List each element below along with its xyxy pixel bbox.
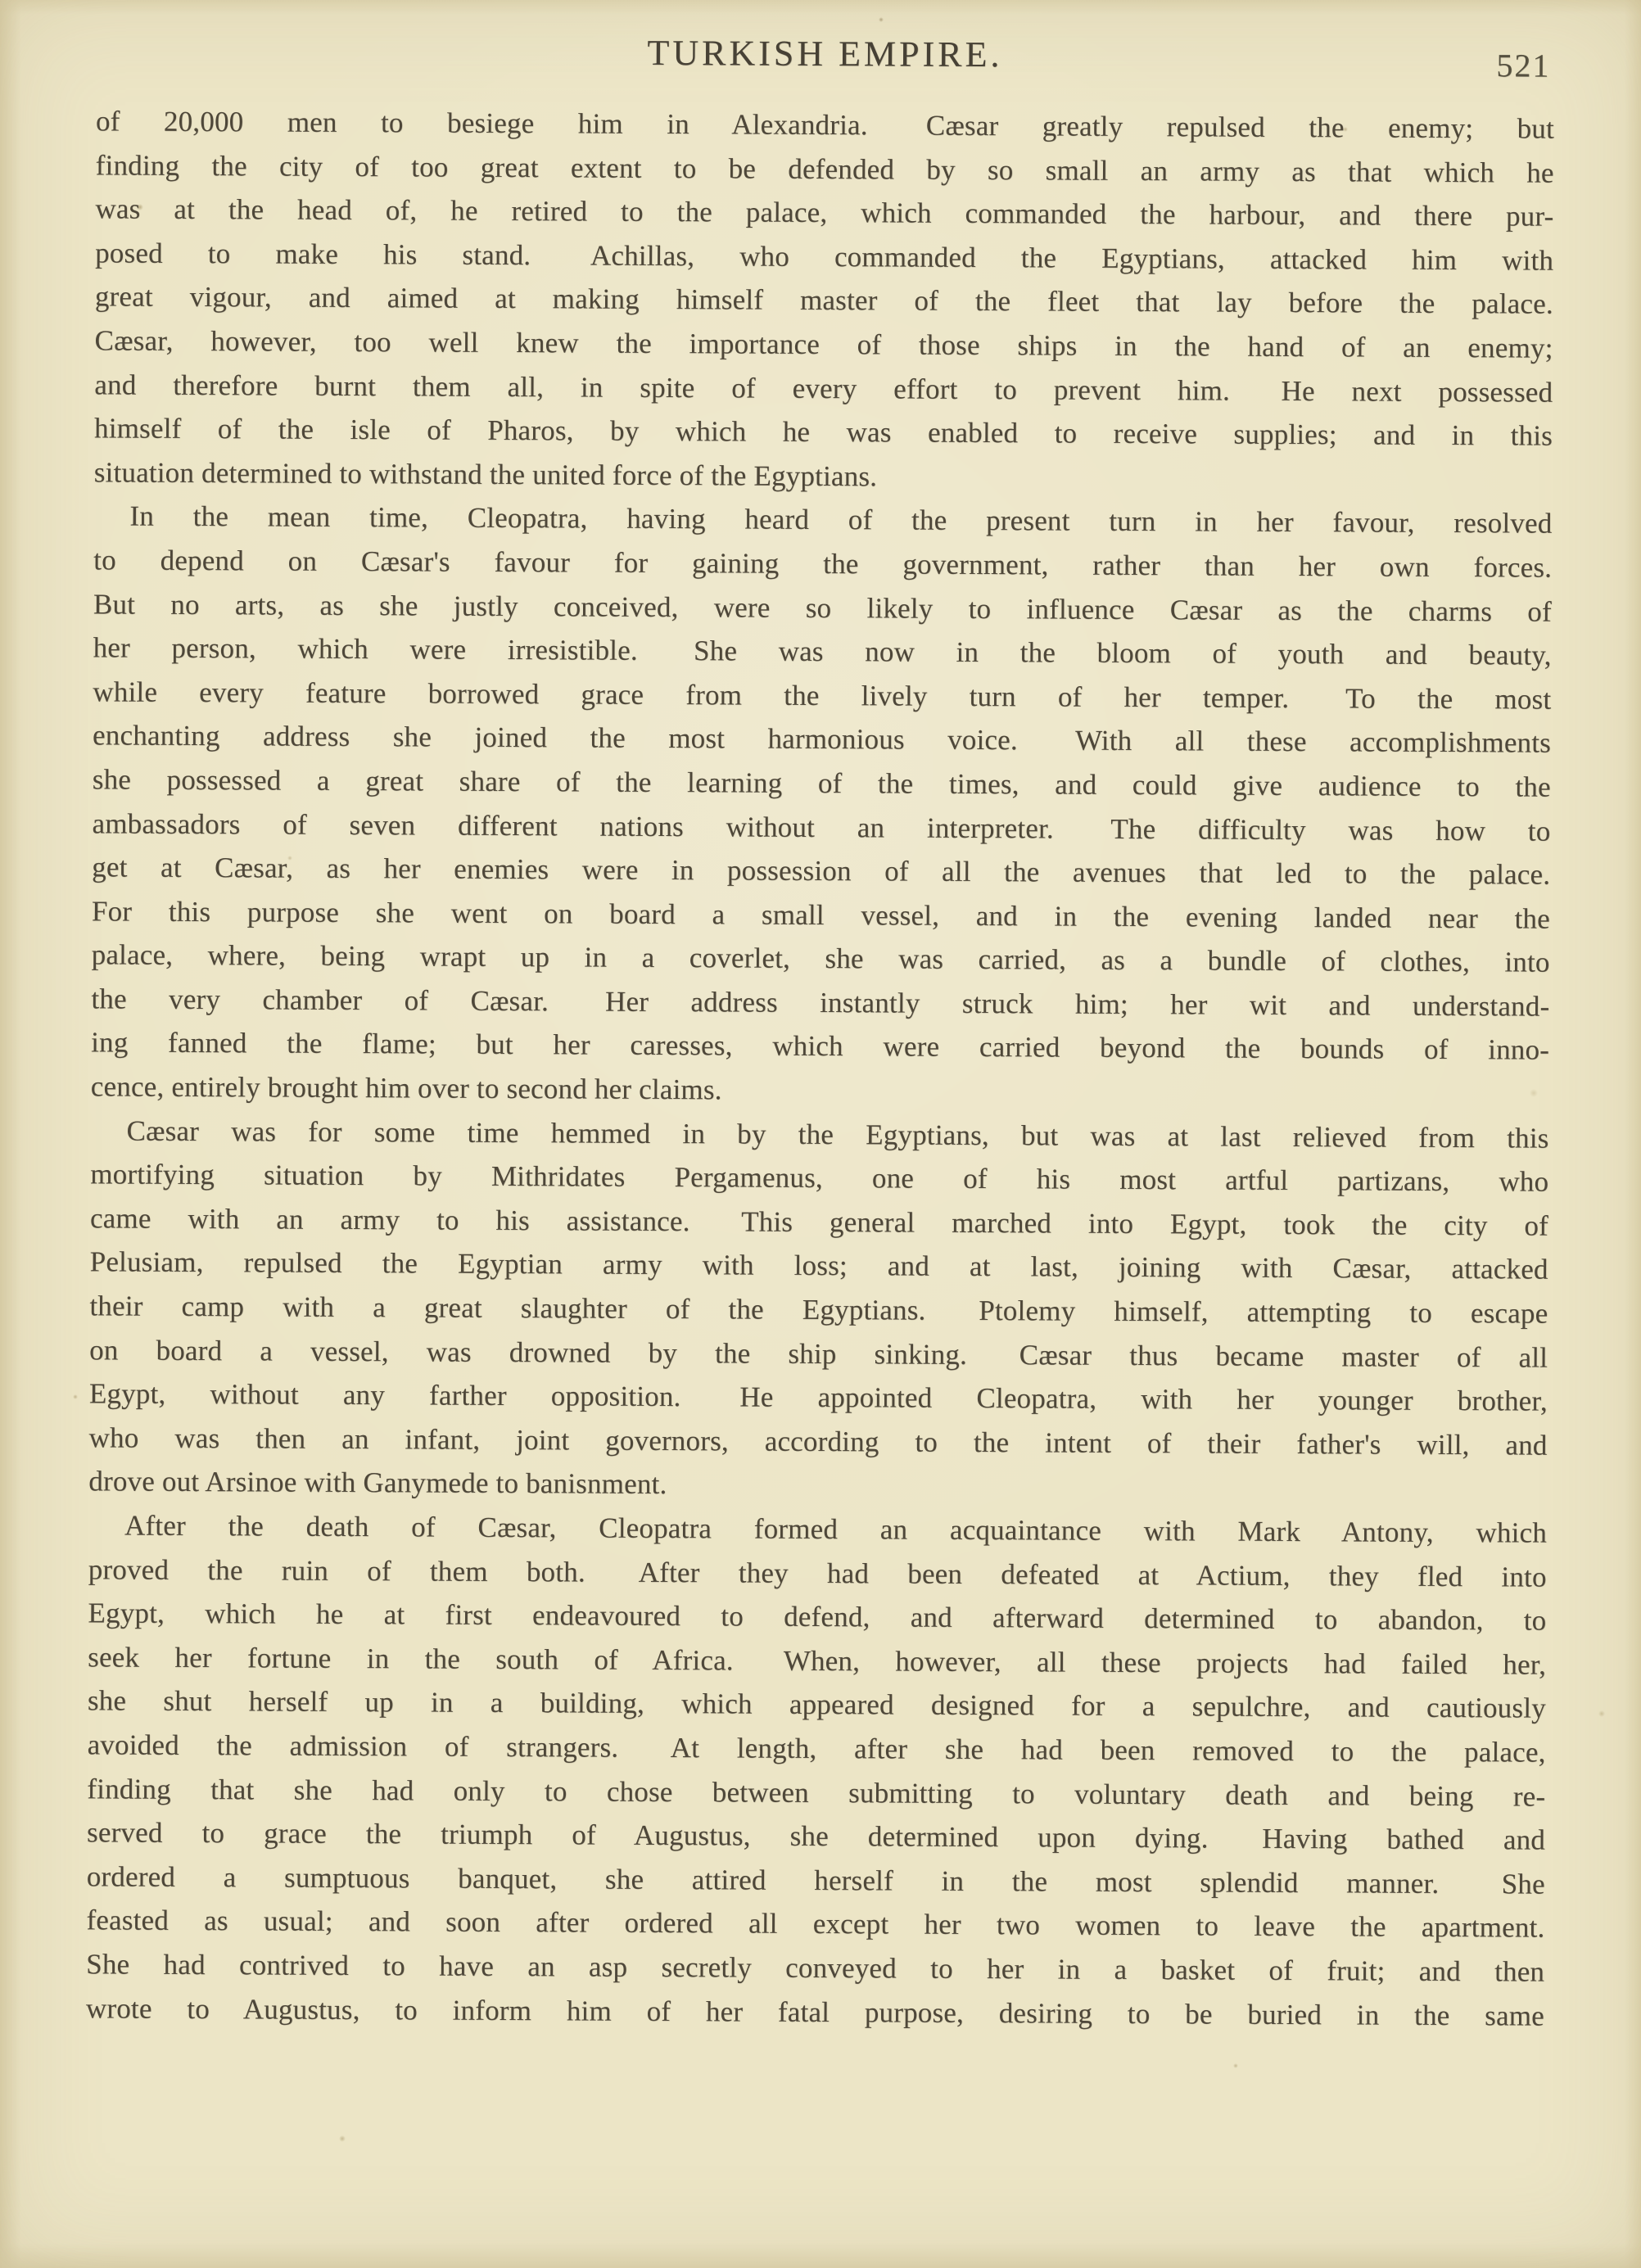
text-line: posed to make his stand. Achillas, who c… <box>95 231 1553 282</box>
text-line: ing fanned the flame; but her caresses, … <box>91 1021 1549 1073</box>
text-line: Egypt, without any farther opposition. H… <box>89 1372 1548 1424</box>
paragraph: In the mean time, Cleopatra, having hear… <box>91 495 1553 1117</box>
text-line: avoided the admission of strangers. At l… <box>87 1723 1545 1774</box>
text-line: finding the city of too great extent to … <box>96 143 1554 195</box>
text-line: She had contrived to have an asp secretl… <box>86 1942 1544 1994</box>
text-line: on board a vessel, was drowned by the sh… <box>89 1328 1548 1380</box>
text-line: ordered a sumptuous banquet, she attired… <box>87 1855 1545 1906</box>
text-line: she shut herself up in a building, which… <box>88 1679 1546 1731</box>
text-line: Egypt, which he at first endeavoured to … <box>88 1592 1546 1643</box>
paragraph: Cæsar was for some time hemmed in by the… <box>88 1109 1549 1511</box>
text-line: of 20,000 men to besiege him in Alexandr… <box>96 99 1554 151</box>
text-line: served to grace the triumph of Augustus,… <box>87 1810 1545 1862</box>
text-line: proved the ruin of them both. After they… <box>88 1547 1547 1599</box>
text-line: ambassadors of seven different nations w… <box>92 802 1550 853</box>
text-line: cence, entirely brought him over to seco… <box>91 1064 1549 1116</box>
text-line: their camp with a great slaughter of the… <box>89 1284 1548 1335</box>
text-line: mortifying situation by Mithridates Perg… <box>90 1153 1548 1204</box>
text-line: himself of the isle of Pharos, by which … <box>94 407 1553 459</box>
text-line: seek her fortune in the south of Africa.… <box>88 1635 1546 1687</box>
paragraph: of 20,000 men to besiege him in Alexandr… <box>94 99 1555 502</box>
text-line: who was then an infant, joint governors,… <box>88 1416 1547 1467</box>
text-line: situation determined to withstand the un… <box>94 450 1553 502</box>
text-line: she possessed a great share of the learn… <box>93 757 1551 809</box>
text-line: In the mean time, Cleopatra, having hear… <box>93 495 1552 546</box>
text-line: and therefore burnt them all, in spite o… <box>94 363 1553 414</box>
page-number: 521 <box>1496 46 1550 84</box>
text-line: get at Cæsar, as her enemies were in pos… <box>92 845 1550 897</box>
text-line: feasted as usual; and soon after ordered… <box>86 1899 1544 1950</box>
text-line: wrote to Augustus, to inform him of her … <box>86 1986 1544 2038</box>
text-line: For this purpose she went on board a sma… <box>92 889 1550 941</box>
text-line: But no arts, as she justly conceived, we… <box>93 582 1552 634</box>
text-line: was at the head of, he retired to the pa… <box>95 187 1553 239</box>
text-line: Cæsar, however, too well knew the import… <box>94 319 1553 370</box>
text-line: enchanting address she joined the most h… <box>93 714 1551 766</box>
text-line: while every feature borrowed grace from … <box>93 670 1551 721</box>
text-line: palace, where, being wrapt up in a cover… <box>92 933 1550 985</box>
scanned-page-content: TURKISH EMPIRE. 521 of 20,000 men to bes… <box>0 0 1641 2268</box>
text-line: her person, which were irresistible. She… <box>93 626 1552 677</box>
text-line: the very chamber of Cæsar. Her address i… <box>91 977 1549 1028</box>
text-block: of 20,000 men to besiege him in Alexandr… <box>86 99 1554 2037</box>
book-page: TURKISH EMPIRE. 521 of 20,000 men to bes… <box>0 0 1641 2268</box>
text-line: to depend on Cæsar's favour for gaining … <box>93 538 1552 590</box>
text-line: drove out Arsinoe with Ganymede to banis… <box>88 1460 1547 1511</box>
running-header: TURKISH EMPIRE. <box>4 29 1641 79</box>
text-line: great vigour, and aimed at making himsel… <box>95 275 1553 327</box>
paragraph: After the death of Cæsar, Cleopatra form… <box>86 1503 1547 2037</box>
text-line: came with an army to his assistance. Thi… <box>90 1196 1548 1248</box>
text-line: Pelusiam, repulsed the Egyptian army wit… <box>90 1240 1548 1292</box>
text-line: finding that she had only to chose betwe… <box>87 1767 1545 1818</box>
text-line: After the death of Cæsar, Cleopatra form… <box>88 1503 1547 1555</box>
text-line: Cæsar was for some time hemmed in by the… <box>90 1109 1548 1160</box>
